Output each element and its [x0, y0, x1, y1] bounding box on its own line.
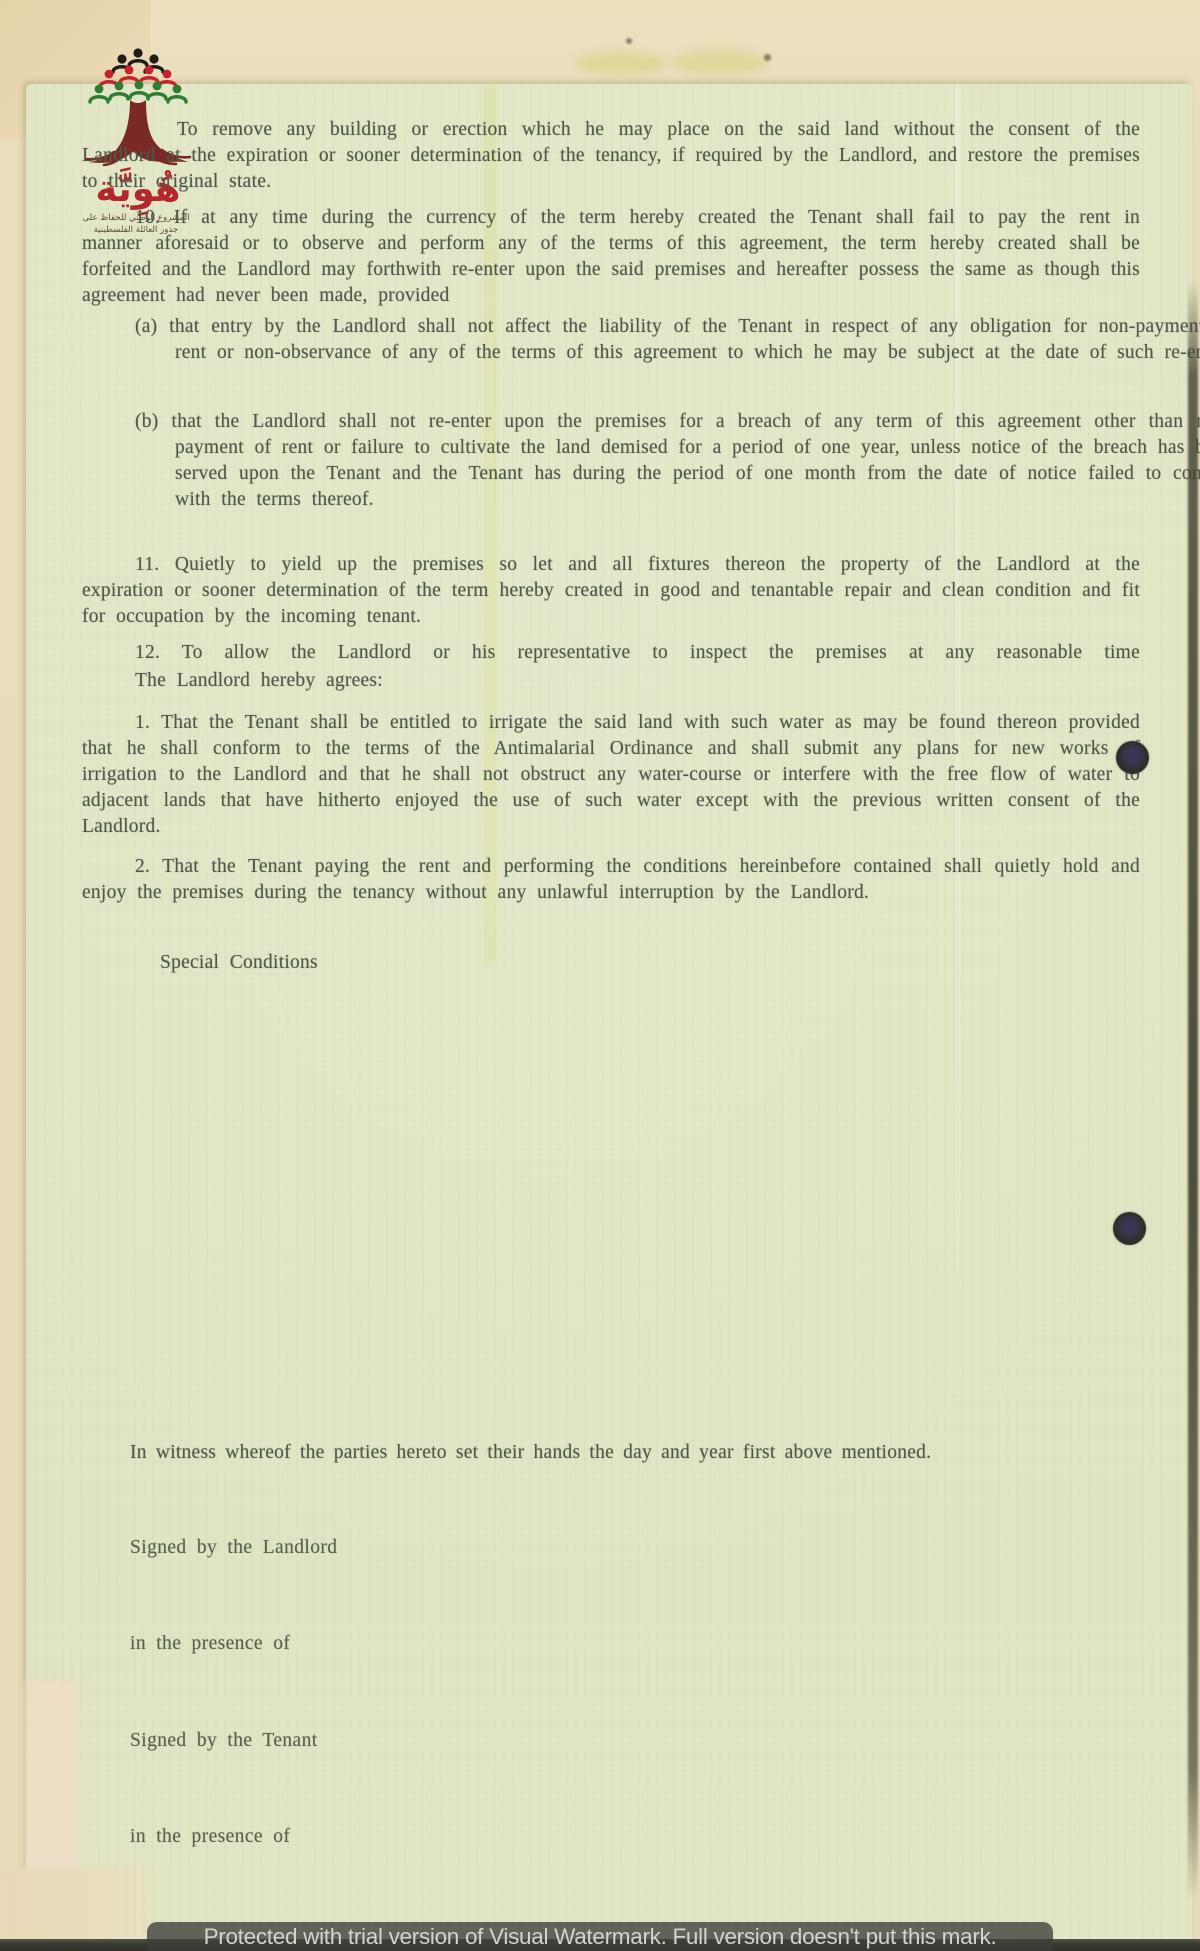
- signature-landlord-line: Signed by the Landlord: [130, 1537, 337, 1559]
- clause-10: 10. If at any time during the currency o…: [82, 205, 1140, 309]
- witness-landlord-line: in the presence of: [130, 1633, 290, 1655]
- special-conditions-heading: Special Conditions: [82, 950, 1200, 976]
- page-edge-shadow: [1188, 280, 1198, 1900]
- clause-12: 12. To allow the Landlord or his represe…: [82, 640, 1140, 666]
- watermark-text: Protected with trial version of Visual W…: [204, 1924, 997, 1950]
- dust-speck: [626, 38, 632, 44]
- hole-punch-bottom: [1113, 1212, 1146, 1245]
- ink-bleedthrough-smudge: [576, 52, 666, 74]
- witness-clause: In witness whereof the parties hereto se…: [82, 1440, 1188, 1466]
- clause-10b: (b) that the Landlord shall not re-enter…: [82, 409, 1200, 513]
- clause-10a: (a) that entry by the Landlord shall not…: [82, 314, 1200, 366]
- ink-bleedthrough-smudge: [672, 50, 768, 74]
- hole-punch-top: [1116, 741, 1149, 774]
- signature-tenant-line: Signed by the Tenant: [130, 1730, 318, 1752]
- landlord-clause-2: 2. That the Tenant paying the rent and p…: [82, 854, 1140, 906]
- witness-tenant-line: in the presence of: [130, 1826, 290, 1848]
- dust-speck: [764, 54, 771, 61]
- clause-to-remove: To remove any building or erection which…: [82, 117, 1140, 195]
- scanned-tenancy-agreement-page: { "logo": { "brand_arabic": "هُوِيَّة", …: [0, 0, 1200, 1951]
- landlord-agrees-heading: The Landlord hereby agrees:: [82, 668, 1193, 694]
- clause-11: 11. Quietly to yield up the premises so …: [82, 552, 1140, 630]
- landlord-clause-1: 1. That the Tenant shall be entitled to …: [82, 710, 1140, 840]
- watermark-bar: Protected with trial version of Visual W…: [147, 1922, 1053, 1951]
